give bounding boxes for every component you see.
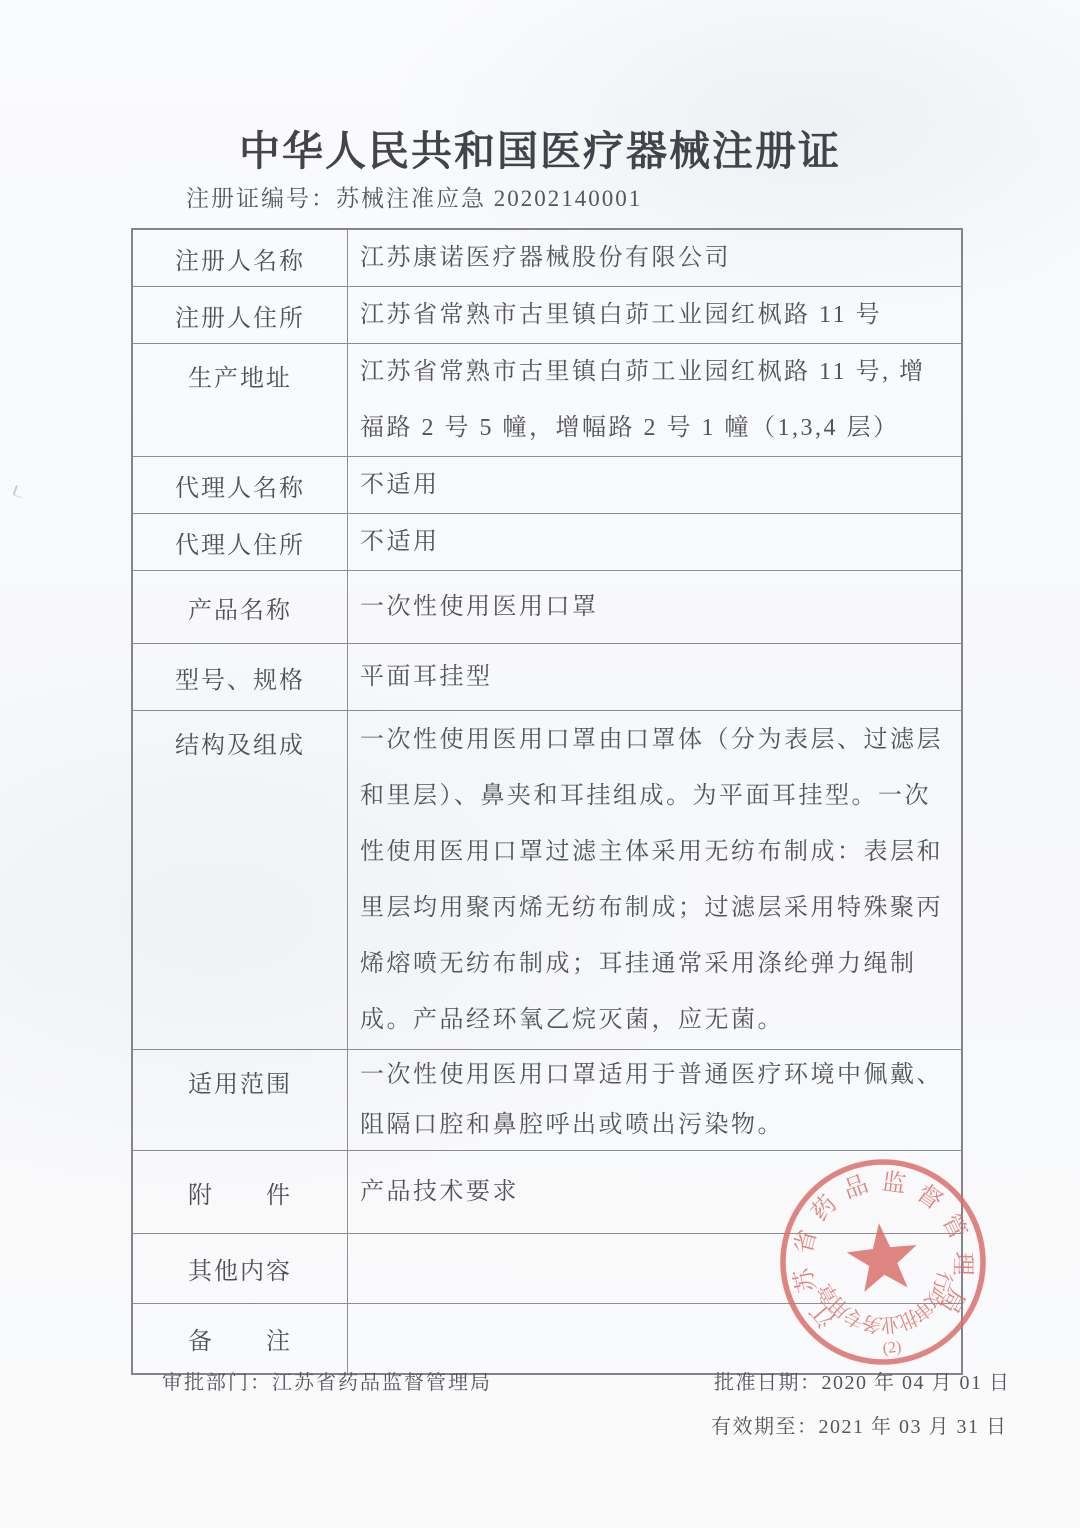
row-value: 不适用 <box>348 457 963 514</box>
row-label: 生产地址 <box>132 344 348 457</box>
table-row: 型号、规格 平面耳挂型 <box>132 644 962 711</box>
registration-number-label: 注册证编号： <box>186 186 336 211</box>
row-label: 注册人名称 <box>132 229 348 287</box>
registration-number-value: 苏械注准应急 20202140001 <box>336 186 642 211</box>
row-label: 结构及组成 <box>132 711 348 1050</box>
row-label: 适用范围 <box>132 1050 348 1151</box>
svg-text:品: 品 <box>840 1171 871 1204</box>
table-row: 适用范围 一次性使用医用口罩适用于普通医疗环境中佩戴、阻隔口腔和鼻腔呼出或喷出污… <box>132 1050 962 1151</box>
svg-text:监: 监 <box>880 1168 907 1198</box>
row-value: 一次性使用医用口罩 <box>348 571 963 644</box>
svg-text:管: 管 <box>937 1210 972 1244</box>
row-value: 一次性使用医用口罩适用于普通医疗环境中佩戴、阻隔口腔和鼻腔呼出或喷出污染物。 <box>348 1050 963 1151</box>
svg-text:理: 理 <box>949 1251 976 1276</box>
table-row: 代理人名称 不适用 <box>132 457 962 514</box>
approval-department: 审批部门：江苏省药品监督管理局 <box>162 1366 492 1395</box>
valid-until-date: 有效期至：2021 年 03 月 31 日 <box>711 1410 1008 1439</box>
row-value: 一次性使用医用口罩由口罩体（分为表层、过滤层和里层）、鼻夹和耳挂组成。为平面耳挂… <box>348 711 963 1050</box>
row-value: 江苏省常熟市古里镇白茆工业园红枫路 11 号 <box>348 287 963 344</box>
row-label: 代理人住所 <box>132 514 348 571</box>
row-label: 注册人住所 <box>132 287 348 344</box>
table-row: 结构及组成 一次性使用医用口罩由口罩体（分为表层、过滤层和里层）、鼻夹和耳挂组成… <box>132 711 962 1050</box>
table-row: 代理人住所 不适用 <box>132 514 962 571</box>
page-title: 中华人民共和国医疗器械注册证 <box>0 118 1080 177</box>
row-value: 不适用 <box>348 514 963 571</box>
row-label: 其他内容 <box>132 1234 348 1304</box>
svg-text:督: 督 <box>912 1179 947 1215</box>
scan-artifact <box>13 485 26 499</box>
table-row: 产品名称 一次性使用医用口罩 <box>132 571 962 644</box>
row-label: 型号、规格 <box>132 644 348 711</box>
row-label: 产品名称 <box>132 571 348 644</box>
table-row: 注册人住所 江苏省常熟市古里镇白茆工业园红枫路 11 号 <box>132 287 962 344</box>
row-label: 代理人名称 <box>132 457 348 514</box>
row-value: 平面耳挂型 <box>348 644 963 711</box>
row-label: 附 件 <box>132 1151 348 1234</box>
seal-star-icon <box>844 1220 921 1294</box>
svg-text:省: 省 <box>790 1227 822 1257</box>
seal-number: (2) <box>882 1339 902 1358</box>
row-value: 江苏省常熟市古里镇白茆工业园红枫路 11 号, 增福路 2 号 5 幢，增幅路 … <box>348 344 963 457</box>
official-seal-stamp: 江苏省药品监督管理局 行政审批业务专用章 (2) <box>771 1150 995 1374</box>
registration-number-line: 注册证编号：苏械注准应急 20202140001 <box>186 180 642 213</box>
row-value: 江苏康诺医疗器械股份有限公司 <box>348 229 963 287</box>
certificate-page: 中华人民共和国医疗器械注册证 注册证编号：苏械注准应急 20202140001 … <box>0 0 1080 1528</box>
table-row: 生产地址 江苏省常熟市古里镇白茆工业园红枫路 11 号, 增福路 2 号 5 幢… <box>132 344 962 457</box>
table-row: 注册人名称 江苏康诺医疗器械股份有限公司 <box>132 229 962 287</box>
row-label: 备 注 <box>132 1304 348 1374</box>
